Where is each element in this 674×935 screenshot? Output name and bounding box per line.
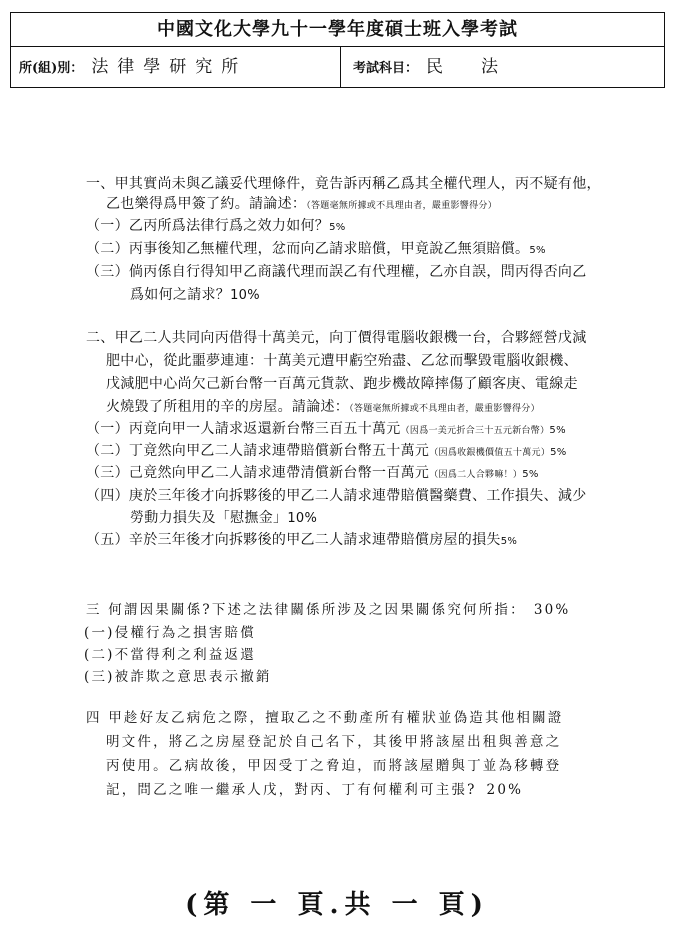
q3-sub2: (二)不當得利之利益返還 bbox=[84, 645, 256, 665]
q1-sub3: （三）倘丙係自行得知甲乙商議代理而誤乙有代理權，乙亦自誤，問丙得否向乙 bbox=[86, 262, 587, 282]
q1-sub1: （一）乙丙所爲法律行爲之效力如何？5% bbox=[86, 216, 346, 238]
q2-note: （答題毫無所據或不具理由者，嚴重影響得分） bbox=[349, 404, 540, 414]
q2-sub5: （五）辛於三年後才向拆夥後的甲乙二人請求連帶賠償房屋的損失5% bbox=[86, 530, 517, 552]
q4-line1: 四 甲趁好友乙病危之際，擅取乙之不動產所有權狀並偽造其他相關證 bbox=[86, 708, 564, 728]
q2-sub1: （一）丙竟向甲一人請求返還新台幣三百五十萬元（因爲一美元折合三十五元新台幣）5% bbox=[86, 419, 566, 441]
q2-sub2: （二）丁竟然向甲乙二人請求連帶賠償新台幣五十萬元（因爲收銀機價值五十萬元）5% bbox=[86, 441, 567, 463]
subject-cell: 考試科目：民法 bbox=[341, 47, 664, 87]
q2-line2: 肥中心，從此噩夢連連：十萬美元遭甲虧空殆盡、乙忿而擊毀電腦收銀機、 bbox=[106, 351, 578, 371]
q2-line1: 二、甲乙二人共同向丙借得十萬美元，向丁價得電腦收銀機一台，合夥經營戊減 bbox=[86, 328, 587, 348]
q1-line2: 乙也樂得爲甲簽了約。請論述：（答題毫無所據或不具理由者，嚴重影響得分） bbox=[106, 194, 497, 216]
subject-value-1: 民 bbox=[426, 57, 443, 77]
q2-sub4: （四）庚於三年後才向拆夥後的甲乙二人請求連帶賠償醫藥費、工作損失、減少 bbox=[86, 486, 587, 506]
q2-sub4-cont: 勞動力損失及「慰撫金」10% bbox=[130, 508, 317, 529]
q1-line1: 一、甲其實尚未與乙議妥代理條件，竟告訴丙稱乙爲其全權代理人，丙不疑有他， bbox=[86, 174, 601, 194]
q2-line3: 戊減肥中心尚欠己新台幣一百萬元貨款、跑步機故障摔傷了顧客庚、電線走 bbox=[106, 374, 578, 394]
subject-label: 考試科目： bbox=[353, 61, 418, 76]
q4-line3: 丙使用。乙病故後，甲因受丁之脅迫，而將該屋贈與丁並為移轉登 bbox=[106, 756, 561, 776]
exam-title: 中國文化大學九十一學年度碩士班入學考試 bbox=[11, 13, 664, 47]
q1-sub2: （二）丙事後知乙無權代理，忿而向乙請求賠償，甲竟說乙無須賠償。5% bbox=[86, 239, 546, 261]
subject-value-2: 法 bbox=[481, 57, 498, 77]
q3-sub3: (三)被詐欺之意思表示撤銷 bbox=[84, 667, 272, 687]
q4-line2: 明文件，將乙之房屋登記於自己名下，其後甲將該屋出租與善意之 bbox=[106, 732, 561, 752]
q3-sub1: (一)侵權行為之損害賠償 bbox=[84, 623, 256, 643]
department-cell: 所(組)別：法律學研究所 bbox=[11, 47, 341, 87]
exam-info-row: 所(組)別：法律學研究所 考試科目：民法 bbox=[11, 47, 664, 87]
exam-header-box: 中國文化大學九十一學年度碩士班入學考試 所(組)別：法律學研究所 考試科目：民法 bbox=[10, 12, 665, 88]
q2-sub3: （三）己竟然向甲乙二人請求連帶清償新台幣一百萬元（因爲二人合夥嘛！）5% bbox=[86, 463, 539, 485]
q2-line4: 火燒毀了所租用的辛的房屋。請論述：（答題毫無所據或不具理由者，嚴重影響得分） bbox=[106, 397, 540, 419]
q1-sub3-cont: 爲如何之請求？10% bbox=[130, 285, 260, 306]
department-label: 所(組)別： bbox=[19, 61, 83, 76]
q4-line4: 記，問乙之唯一繼承人戊，對丙、丁有何權利可主張?20% bbox=[106, 780, 523, 800]
page-indicator: (第 一 頁.共 一 頁) bbox=[0, 884, 674, 921]
q3-line1: 三 何謂因果關係?下述之法律關係所涉及之因果關係究何所指：30% bbox=[86, 600, 570, 620]
department-value: 法律學研究所 bbox=[91, 57, 247, 77]
q1-note: （答題毫無所據或不具理由者，嚴重影響得分） bbox=[306, 201, 497, 211]
